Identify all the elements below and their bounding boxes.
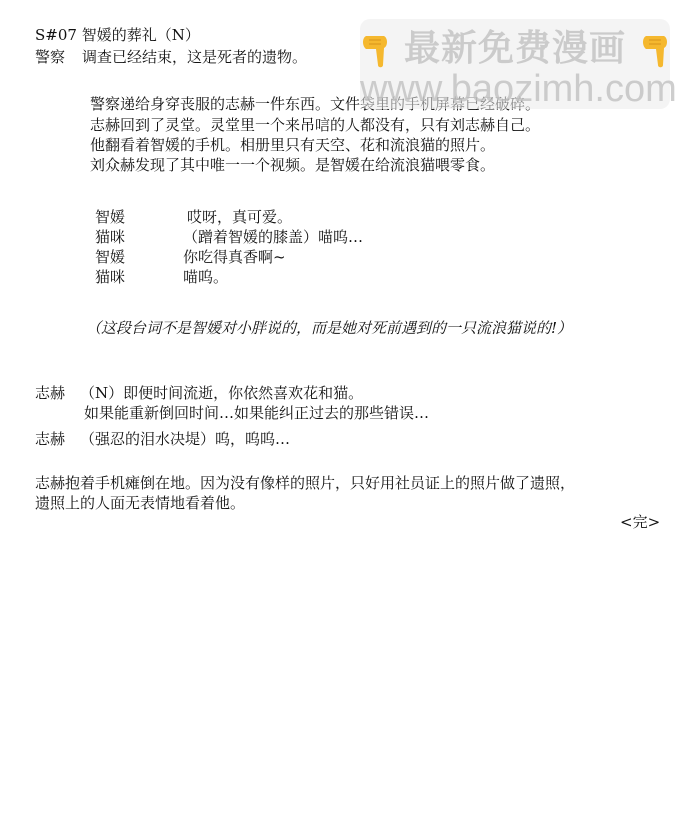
scene-title: S#07 智媛的葬礼（N） bbox=[35, 26, 200, 45]
watermark-banner[interactable]: 最新免费漫画 www.baozimh.com bbox=[360, 19, 670, 109]
closing-line: 遗照上的人面无表情地看着他。 bbox=[35, 494, 245, 513]
speaker-police: 警察 bbox=[35, 48, 65, 67]
closing-line: 志赫抱着手机瘫倒在地。因为没有像样的照片，只好用社员证上的照片做了遗照， bbox=[35, 474, 575, 493]
dialogue-police: 调查已经结束，这是死者的遗物。 bbox=[82, 48, 307, 67]
dialogue-text: 哎呀，真可爱。 bbox=[187, 208, 292, 227]
dialogue-zhihe-continued: 如果能重新倒回时间…如果能纠正过去的那些错误… bbox=[84, 404, 429, 423]
dialogue-zhihe: （强忍的泪水决堤）呜，呜呜… bbox=[80, 430, 290, 449]
dialogue-speaker: 智媛 bbox=[95, 248, 125, 267]
dialogue-text: （蹭着智媛的膝盖）喵呜… bbox=[183, 228, 363, 247]
speaker-zhihe: 志赫 bbox=[35, 384, 65, 403]
end-mark: <完> bbox=[620, 513, 660, 532]
watermark-url[interactable]: www.baozimh.com bbox=[360, 69, 670, 109]
pointing-down-hand-icon bbox=[640, 32, 670, 68]
dialogue-speaker: 猫咪 bbox=[95, 268, 125, 287]
action-line: 他翻看着智媛的手机。相册里只有天空、花和流浪猫的照片。 bbox=[90, 136, 495, 155]
dialogue-text: 喵呜。 bbox=[183, 268, 228, 287]
director-note: （这段台词不是智媛对小胖说的，而是她对死前遇到的一只流浪猫说的!） bbox=[86, 319, 572, 338]
speaker-zhihe: 志赫 bbox=[35, 430, 65, 449]
dialogue-zhihe: （N）即便时间流逝，你依然喜欢花和猫。 bbox=[80, 384, 363, 403]
watermark-title-row: 最新免费漫画 bbox=[360, 27, 670, 71]
pointing-down-hand-icon bbox=[360, 32, 390, 68]
watermark-title: 最新免费漫画 bbox=[404, 28, 626, 69]
dialogue-speaker: 智媛 bbox=[95, 208, 125, 227]
action-line: 刘众赫发现了其中唯一一个视频。是智媛在给流浪猫喂零食。 bbox=[90, 156, 495, 175]
dialogue-text: 你吃得真香啊~ bbox=[183, 248, 286, 267]
dialogue-speaker: 猫咪 bbox=[95, 228, 125, 247]
action-line: 志赫回到了灵堂。灵堂里一个来吊唁的人都没有，只有刘志赫自己。 bbox=[90, 116, 540, 135]
